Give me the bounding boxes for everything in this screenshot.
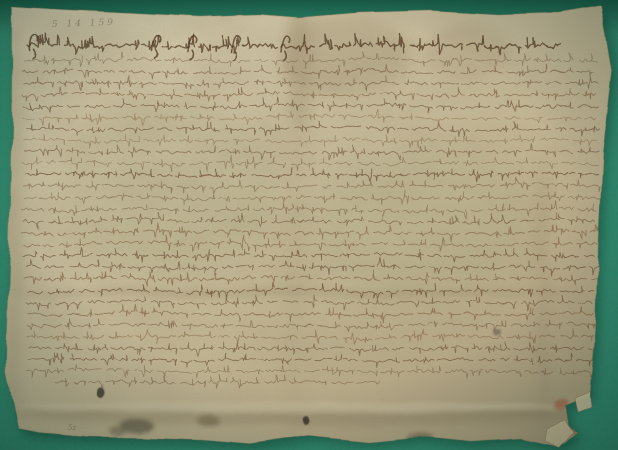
photo-vignette: [0, 0, 618, 450]
manuscript-scene: 5 14 1595z: [0, 0, 618, 450]
manuscript-photo: 5 14 1595z: [0, 0, 618, 450]
